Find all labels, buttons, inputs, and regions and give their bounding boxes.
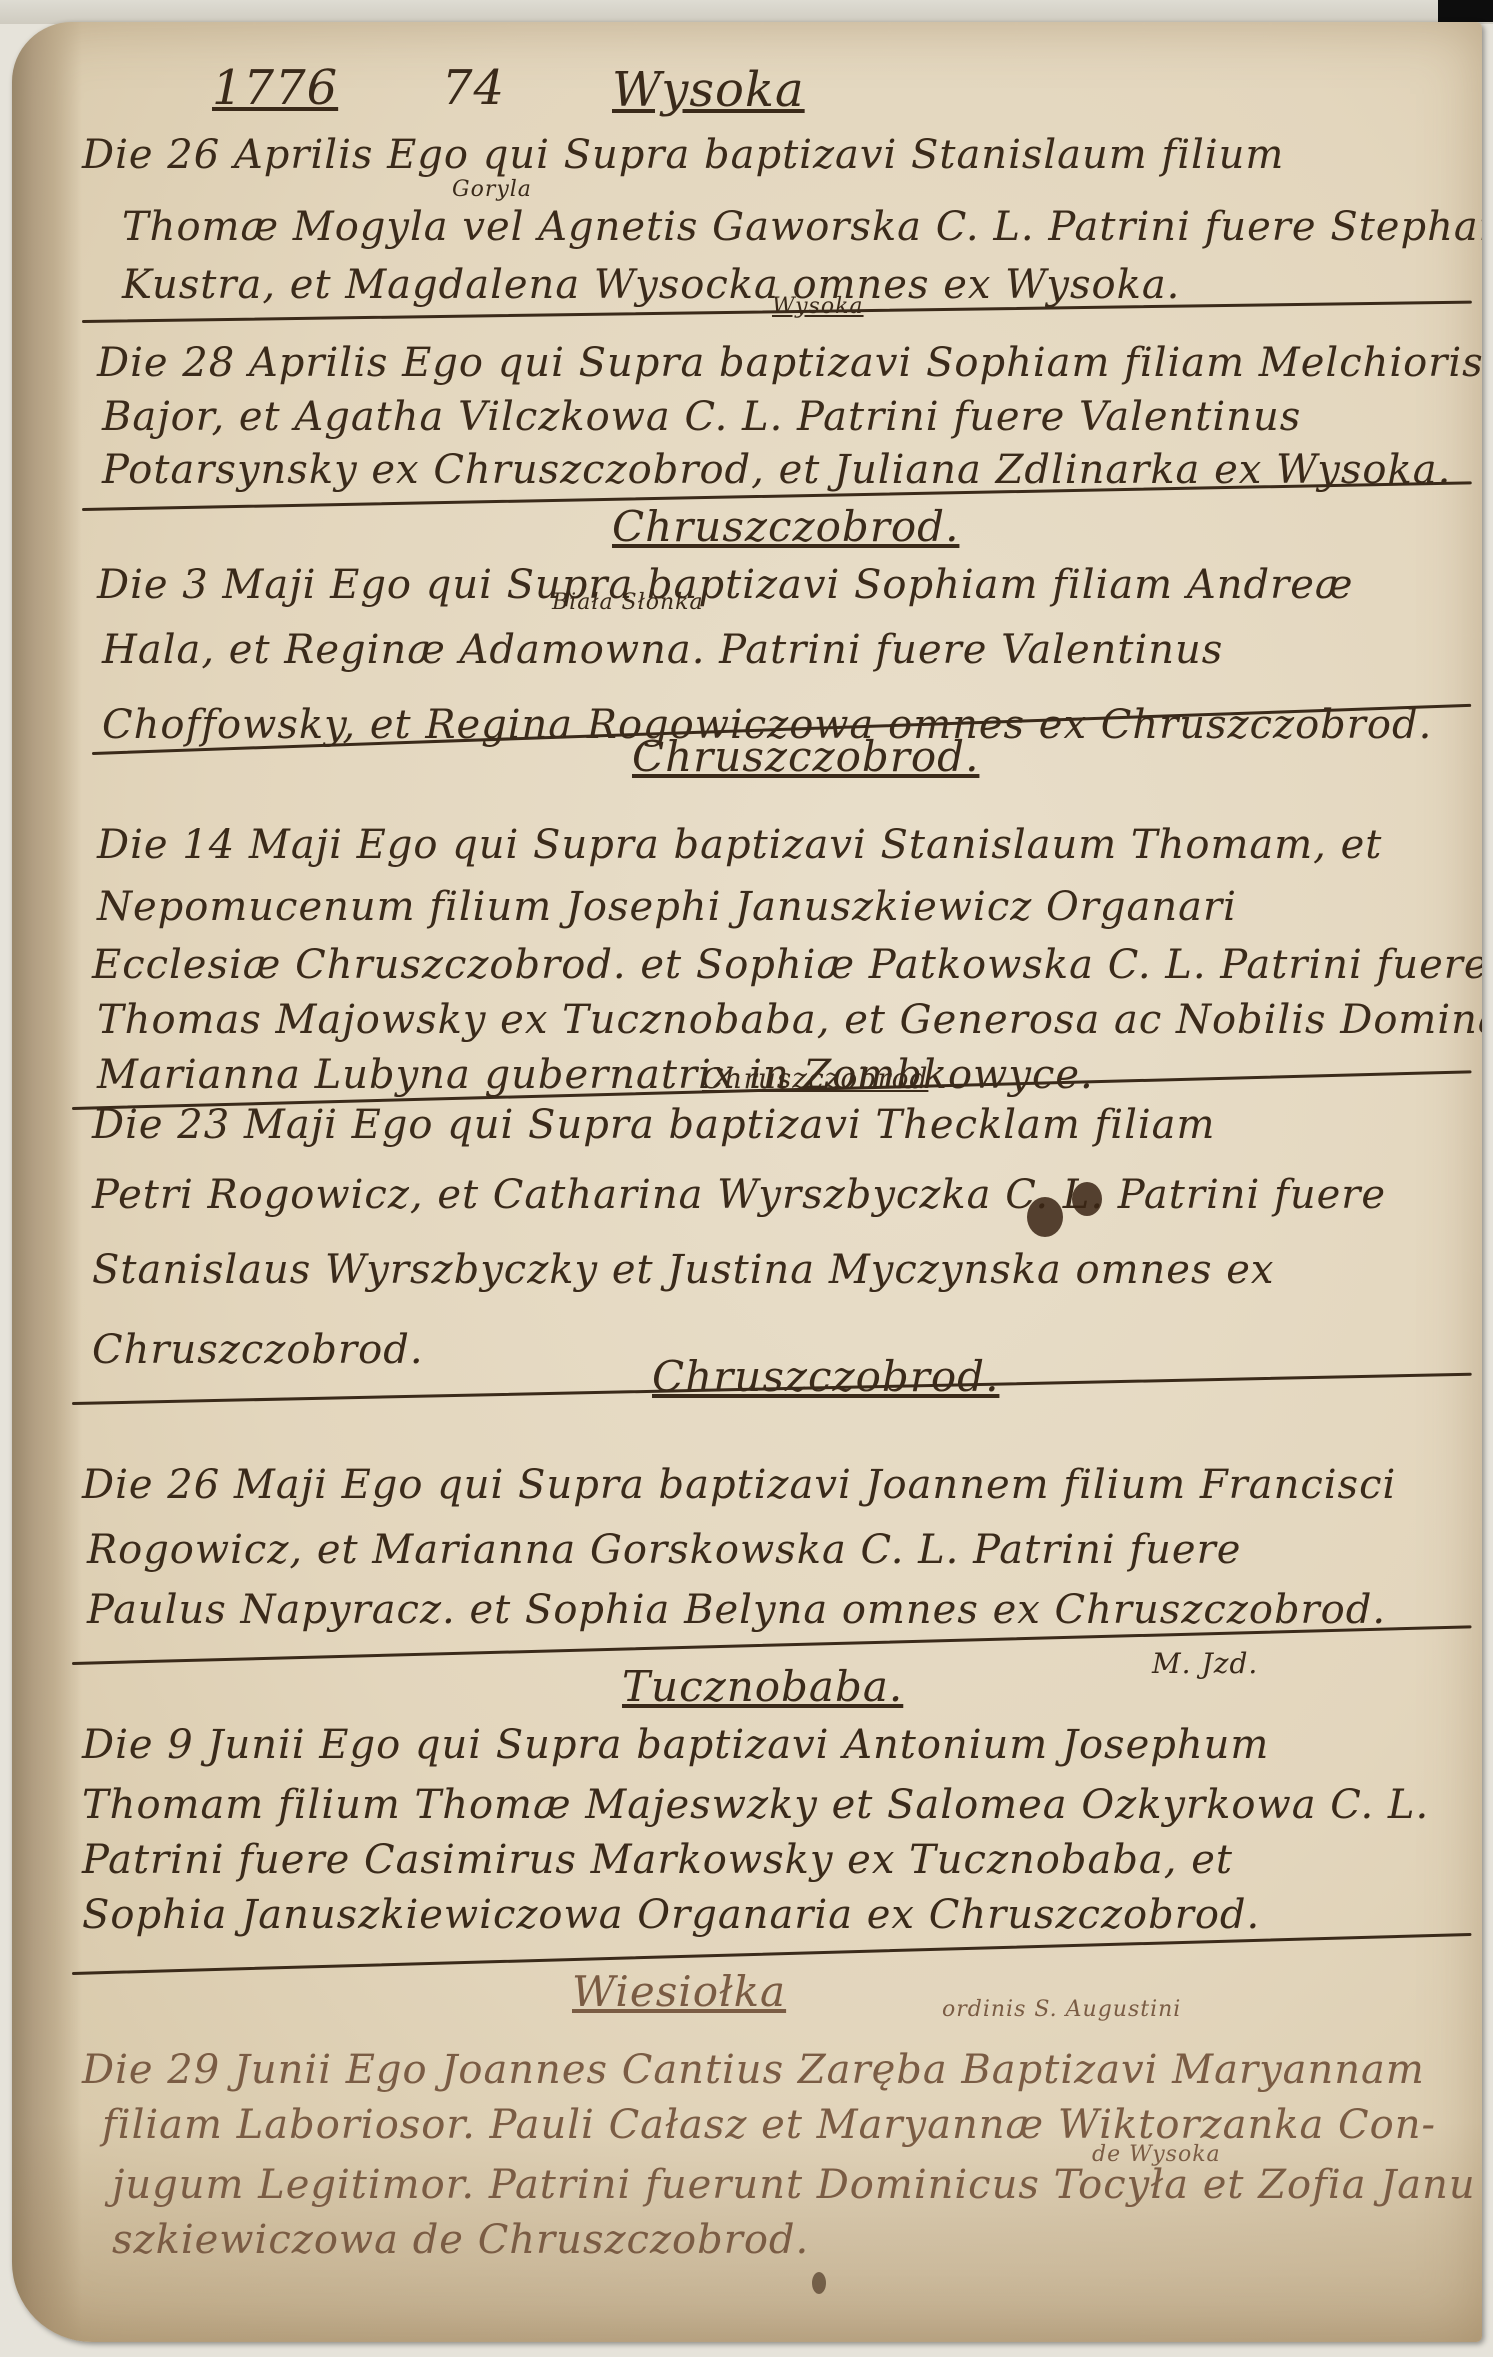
entry-line: Die 26 Maji Ego qui Supra baptizavi Joan… xyxy=(82,1462,1396,1508)
entry-line: Chruszczobrod. xyxy=(92,1327,424,1373)
entry-place: Chruszczobrod xyxy=(702,1062,928,1095)
interlinear-note: M. Jzd. xyxy=(1152,1647,1258,1680)
entry-line: jugum Legitimor. Patrini fuerunt Dominic… xyxy=(112,2162,1476,2208)
entry-place: Tucznobaba. xyxy=(622,1662,903,1711)
page-year: 1776 xyxy=(212,60,338,116)
interlinear-note: ordinis S. Augustini xyxy=(942,1997,1181,2022)
page-number: 74 xyxy=(442,60,505,116)
header-place: Wysoka xyxy=(612,62,805,118)
ink-blot xyxy=(812,2272,826,2294)
entry-line: Rogowicz, et Marianna Gorskowska C. L. P… xyxy=(87,1527,1241,1573)
scanner-edge xyxy=(1438,0,1493,22)
entry-place: Chruszczobrod. xyxy=(632,732,979,781)
ink-blot xyxy=(1027,1197,1063,1237)
entry-line: Nepomucenum filium Josephi Januszkiewicz… xyxy=(97,884,1237,930)
page-binding-edge xyxy=(12,22,82,2342)
entry-line: Paulus Napyracz. et Sophia Belyna omnes … xyxy=(87,1587,1386,1633)
entry-line: Sophia Januszkiewiczowa Organaria ex Chr… xyxy=(82,1892,1260,1938)
interlinear-note: Goryla xyxy=(452,177,532,202)
entry-line: Ecclesiæ Chruszczobrod. et Sophiæ Patkow… xyxy=(92,942,1482,988)
entry-line: Thomam filium Thomæ Majeswzky et Salomea… xyxy=(82,1782,1429,1828)
entry-place: Wysoka xyxy=(772,294,864,319)
entry-line: Die 28 Aprilis Ego qui Supra baptizavi S… xyxy=(97,340,1482,386)
entry-place: Chruszczobrod. xyxy=(612,502,959,551)
entry-line: szkiewiczowa de Chruszczobrod. xyxy=(112,2217,809,2263)
entry-line: Die 9 Junii Ego qui Supra baptizavi Anto… xyxy=(82,1722,1269,1768)
entry-line: Die 23 Maji Ego qui Supra baptizavi Thec… xyxy=(92,1102,1215,1148)
entry-line: Thomas Majowsky ex Tucznobaba, et Genero… xyxy=(97,997,1482,1043)
entry-line: Hala, et Reginæ Adamowna. Patrini fuere … xyxy=(102,627,1223,673)
manuscript-page: 1776 74 Wysoka Goryla Die 26 Aprilis Ego… xyxy=(12,22,1482,2342)
entry-line: filiam Laboriosor. Pauli Całasz et Marya… xyxy=(102,2102,1436,2148)
entry-line: Patrini fuere Casimirus Markowsky ex Tuc… xyxy=(82,1837,1233,1883)
entry-line: Kustra, et Magdalena Wysocka omnes ex Wy… xyxy=(122,262,1180,308)
ink-blot xyxy=(1072,1182,1102,1216)
entry-line: Die 26 Aprilis Ego qui Supra baptizavi S… xyxy=(82,132,1284,178)
entry-line: Thomæ Mogyla vel Agnetis Gaworska C. L. … xyxy=(122,204,1482,250)
entry-line: Petri Rogowicz, et Catharina Wyrszbyczka… xyxy=(92,1172,1386,1218)
entry-line: Die 14 Maji Ego qui Supra baptizavi Stan… xyxy=(97,822,1382,868)
entry-place: Wiesiołka xyxy=(572,1967,786,2016)
entry-line: Die 3 Maji Ego qui Supra baptizavi Sophi… xyxy=(97,562,1353,608)
entry-line: Bajor, et Agatha Vilczkowa C. L. Patrini… xyxy=(102,394,1301,440)
entry-line: Marianna Lubyna gubernatrix in Zombkowyc… xyxy=(97,1052,1094,1098)
entry-place: Chruszczobrod. xyxy=(652,1352,999,1401)
entry-line: Stanislaus Wyrszbyczky et Justina Myczyn… xyxy=(92,1247,1274,1293)
scanner-background xyxy=(0,0,1493,24)
entry-line: Die 29 Junii Ego Joannes Cantius Zaręba … xyxy=(82,2047,1425,2093)
